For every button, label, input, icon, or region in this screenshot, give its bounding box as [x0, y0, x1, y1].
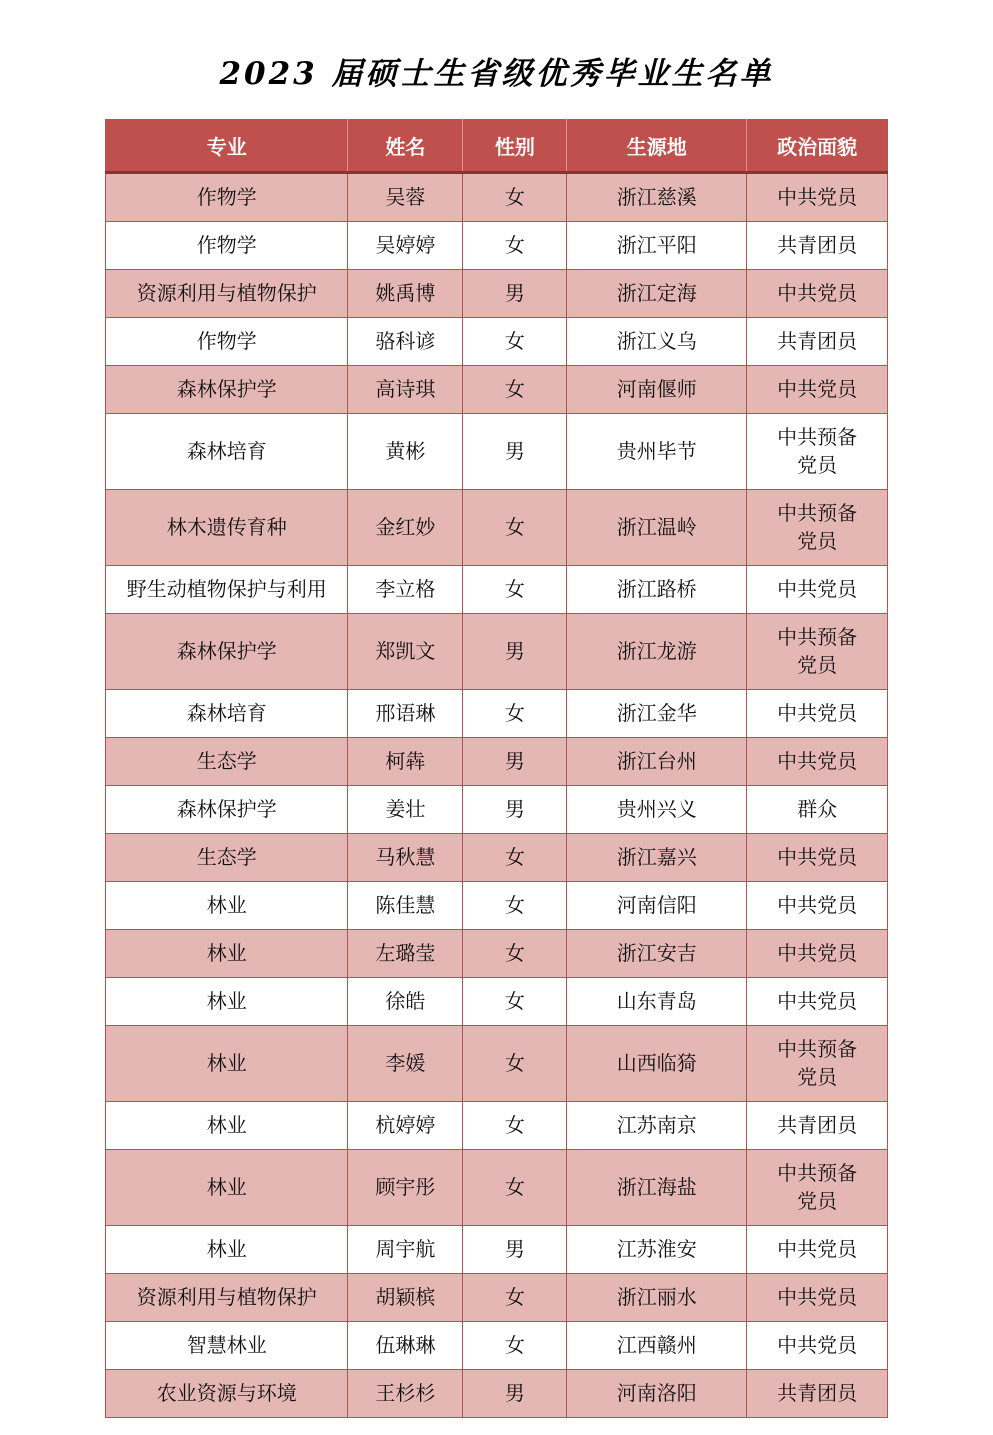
header-cell-name: 姓名 [348, 119, 463, 173]
cell-major: 资源利用与植物保护 [106, 270, 348, 318]
cell-major: 农业资源与环境 [106, 1370, 348, 1418]
cell-major: 作物学 [106, 173, 348, 222]
cell-gender: 男 [463, 786, 567, 834]
cell-major: 林业 [106, 882, 348, 930]
cell-origin: 河南偃师 [567, 366, 747, 414]
cell-gender: 男 [463, 414, 567, 490]
cell-status: 中共预备党员 [747, 1150, 888, 1226]
cell-major: 林业 [106, 1226, 348, 1274]
cell-gender: 男 [463, 738, 567, 786]
cell-origin: 浙江慈溪 [567, 173, 747, 222]
cell-name: 徐皓 [348, 978, 463, 1026]
cell-status: 中共党员 [747, 566, 888, 614]
table-header: 专业 姓名 性别 生源地 政治面貌 [106, 119, 888, 173]
table-row: 林业 顾宇彤 女 浙江海盐 中共预备党员 [106, 1150, 888, 1226]
table-row: 林业 陈佳慧 女 河南信阳 中共党员 [106, 882, 888, 930]
cell-origin: 浙江安吉 [567, 930, 747, 978]
cell-major: 林业 [106, 930, 348, 978]
cell-major: 森林培育 [106, 414, 348, 490]
cell-name: 黄彬 [348, 414, 463, 490]
cell-gender: 女 [463, 366, 567, 414]
cell-name: 左璐莹 [348, 930, 463, 978]
cell-origin: 浙江温岭 [567, 490, 747, 566]
cell-major: 森林培育 [106, 690, 348, 738]
cell-name: 周宇航 [348, 1226, 463, 1274]
cell-gender: 女 [463, 882, 567, 930]
cell-status: 群众 [747, 786, 888, 834]
table-row: 资源利用与植物保护 姚禹博 男 浙江定海 中共党员 [106, 270, 888, 318]
cell-name: 姚禹博 [348, 270, 463, 318]
cell-status: 中共党员 [747, 738, 888, 786]
cell-origin: 浙江台州 [567, 738, 747, 786]
cell-name: 吴婷婷 [348, 222, 463, 270]
cell-major: 林业 [106, 1102, 348, 1150]
cell-origin: 江苏淮安 [567, 1226, 747, 1274]
cell-name: 李立格 [348, 566, 463, 614]
cell-name: 柯犇 [348, 738, 463, 786]
cell-gender: 女 [463, 566, 567, 614]
cell-gender: 女 [463, 1102, 567, 1150]
cell-origin: 江西赣州 [567, 1322, 747, 1370]
cell-major: 资源利用与植物保护 [106, 1274, 348, 1322]
cell-major: 智慧林业 [106, 1322, 348, 1370]
table-row: 森林保护学 姜壮 男 贵州兴义 群众 [106, 786, 888, 834]
cell-status: 中共党员 [747, 690, 888, 738]
cell-status: 共青团员 [747, 1370, 888, 1418]
cell-status: 中共党员 [747, 173, 888, 222]
table-row: 森林保护学 高诗琪 女 河南偃师 中共党员 [106, 366, 888, 414]
graduates-table: 专业 姓名 性别 生源地 政治面貌 作物学 吴蓉 女 浙江慈溪 中共党员 作物学… [105, 119, 888, 1418]
cell-status: 共青团员 [747, 222, 888, 270]
cell-gender: 女 [463, 690, 567, 738]
cell-name: 陈佳慧 [348, 882, 463, 930]
cell-gender: 女 [463, 173, 567, 222]
table-row: 作物学 吴婷婷 女 浙江平阳 共青团员 [106, 222, 888, 270]
cell-gender: 男 [463, 1370, 567, 1418]
cell-name: 李媛 [348, 1026, 463, 1102]
cell-major: 野生动植物保护与利用 [106, 566, 348, 614]
cell-major: 林木遗传育种 [106, 490, 348, 566]
table-row: 农业资源与环境 王杉杉 男 河南洛阳 共青团员 [106, 1370, 888, 1418]
table-row: 林业 左璐莹 女 浙江安吉 中共党员 [106, 930, 888, 978]
cell-origin: 山东青岛 [567, 978, 747, 1026]
cell-name: 邢语琳 [348, 690, 463, 738]
cell-origin: 浙江定海 [567, 270, 747, 318]
table-row: 林业 李媛 女 山西临猗 中共预备党员 [106, 1026, 888, 1102]
cell-origin: 贵州兴义 [567, 786, 747, 834]
table-row: 智慧林业 伍琳琳 女 江西赣州 中共党员 [106, 1322, 888, 1370]
cell-name: 姜壮 [348, 786, 463, 834]
cell-status: 中共预备党员 [747, 490, 888, 566]
cell-major: 生态学 [106, 834, 348, 882]
cell-origin: 浙江金华 [567, 690, 747, 738]
header-cell-status: 政治面貌 [747, 119, 888, 173]
cell-name: 郑凯文 [348, 614, 463, 690]
cell-gender: 女 [463, 1322, 567, 1370]
cell-major: 森林保护学 [106, 786, 348, 834]
cell-major: 作物学 [106, 222, 348, 270]
cell-gender: 女 [463, 978, 567, 1026]
table-row: 林业 徐皓 女 山东青岛 中共党员 [106, 978, 888, 1026]
table-row: 森林保护学 郑凯文 男 浙江龙游 中共预备党员 [106, 614, 888, 690]
header-cell-major: 专业 [106, 119, 348, 173]
cell-status: 中共党员 [747, 978, 888, 1026]
cell-origin: 河南洛阳 [567, 1370, 747, 1418]
cell-origin: 江苏南京 [567, 1102, 747, 1150]
page-title: 2023 届硕士生省级优秀毕业生名单 [0, 54, 993, 94]
table-row: 作物学 骆科谚 女 浙江义乌 共青团员 [106, 318, 888, 366]
cell-gender: 男 [463, 1226, 567, 1274]
cell-origin: 贵州毕节 [567, 414, 747, 490]
cell-origin: 浙江海盐 [567, 1150, 747, 1226]
cell-status: 中共党员 [747, 270, 888, 318]
cell-name: 金红妙 [348, 490, 463, 566]
cell-gender: 女 [463, 834, 567, 882]
cell-status: 中共党员 [747, 1274, 888, 1322]
cell-status: 中共党员 [747, 930, 888, 978]
cell-status: 中共党员 [747, 1226, 888, 1274]
cell-status: 中共预备党员 [747, 614, 888, 690]
table-row: 生态学 柯犇 男 浙江台州 中共党员 [106, 738, 888, 786]
cell-status: 中共党员 [747, 882, 888, 930]
table-row: 资源利用与植物保护 胡颖槟 女 浙江丽水 中共党员 [106, 1274, 888, 1322]
cell-name: 杭婷婷 [348, 1102, 463, 1150]
cell-gender: 男 [463, 614, 567, 690]
cell-origin: 浙江平阳 [567, 222, 747, 270]
cell-name: 马秋慧 [348, 834, 463, 882]
cell-origin: 浙江丽水 [567, 1274, 747, 1322]
cell-gender: 女 [463, 318, 567, 366]
cell-major: 林业 [106, 978, 348, 1026]
cell-origin: 浙江龙游 [567, 614, 747, 690]
cell-gender: 女 [463, 1026, 567, 1102]
cell-major: 林业 [106, 1026, 348, 1102]
cell-name: 吴蓉 [348, 173, 463, 222]
cell-name: 王杉杉 [348, 1370, 463, 1418]
cell-major: 作物学 [106, 318, 348, 366]
cell-name: 顾宇彤 [348, 1150, 463, 1226]
header-row: 专业 姓名 性别 生源地 政治面貌 [106, 119, 888, 173]
table-row: 森林培育 黄彬 男 贵州毕节 中共预备党员 [106, 414, 888, 490]
cell-gender: 女 [463, 1274, 567, 1322]
header-cell-gender: 性别 [463, 119, 567, 173]
cell-origin: 河南信阳 [567, 882, 747, 930]
cell-status: 共青团员 [747, 318, 888, 366]
table-row: 林业 杭婷婷 女 江苏南京 共青团员 [106, 1102, 888, 1150]
table-row: 野生动植物保护与利用 李立格 女 浙江路桥 中共党员 [106, 566, 888, 614]
cell-gender: 女 [463, 490, 567, 566]
cell-origin: 浙江路桥 [567, 566, 747, 614]
cell-gender: 男 [463, 270, 567, 318]
cell-gender: 女 [463, 930, 567, 978]
cell-name: 伍琳琳 [348, 1322, 463, 1370]
table-row: 作物学 吴蓉 女 浙江慈溪 中共党员 [106, 173, 888, 222]
cell-status: 中共党员 [747, 366, 888, 414]
cell-origin: 浙江嘉兴 [567, 834, 747, 882]
cell-major: 森林保护学 [106, 614, 348, 690]
cell-name: 胡颖槟 [348, 1274, 463, 1322]
cell-name: 骆科谚 [348, 318, 463, 366]
cell-major: 林业 [106, 1150, 348, 1226]
cell-gender: 女 [463, 1150, 567, 1226]
cell-status: 中共预备党员 [747, 414, 888, 490]
table-row: 林木遗传育种 金红妙 女 浙江温岭 中共预备党员 [106, 490, 888, 566]
cell-status: 中共党员 [747, 1322, 888, 1370]
table-row: 生态学 马秋慧 女 浙江嘉兴 中共党员 [106, 834, 888, 882]
cell-name: 高诗琪 [348, 366, 463, 414]
cell-gender: 女 [463, 222, 567, 270]
cell-origin: 浙江义乌 [567, 318, 747, 366]
cell-origin: 山西临猗 [567, 1026, 747, 1102]
cell-major: 森林保护学 [106, 366, 348, 414]
table-body: 作物学 吴蓉 女 浙江慈溪 中共党员 作物学 吴婷婷 女 浙江平阳 共青团员 资… [106, 173, 888, 1418]
header-cell-origin: 生源地 [567, 119, 747, 173]
cell-status: 中共党员 [747, 834, 888, 882]
cell-status: 共青团员 [747, 1102, 888, 1150]
cell-status: 中共预备党员 [747, 1026, 888, 1102]
cell-major: 生态学 [106, 738, 348, 786]
table-row: 森林培育 邢语琳 女 浙江金华 中共党员 [106, 690, 888, 738]
table-row: 林业 周宇航 男 江苏淮安 中共党员 [106, 1226, 888, 1274]
